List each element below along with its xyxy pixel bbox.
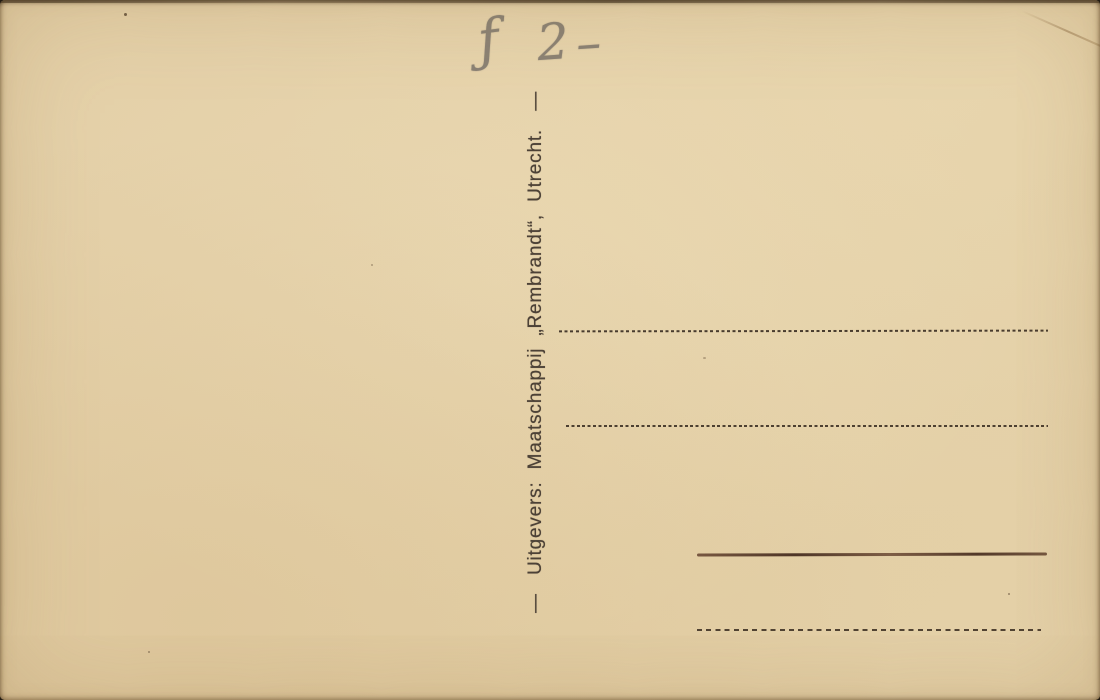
vignette-overlay — [0, 0, 1100, 700]
address-rule-dashed — [697, 629, 1041, 631]
paper-speck — [124, 13, 127, 16]
postcard-back: ƒ 2 – — Uitgevers: Maatschappij „Rembran… — [0, 0, 1100, 700]
pencil-currency-symbol: ƒ — [474, 7, 503, 74]
paper-speck — [148, 651, 150, 653]
address-rule-solid — [697, 552, 1047, 556]
card-top-edge — [0, 0, 1100, 3]
crease-mark — [1022, 10, 1100, 52]
paper-speck — [371, 264, 373, 266]
paper-speck — [1008, 593, 1010, 595]
publisher-imprint: — Uitgevers: Maatschappij „Rembrandt“, U… — [525, 91, 547, 613]
pencil-amount: 2 — [535, 12, 571, 72]
paper-speck — [703, 357, 706, 359]
pencil-dash: – — [574, 13, 603, 73]
address-rule-dotted-1 — [559, 330, 1048, 333]
address-rule-dotted-2 — [566, 425, 1048, 427]
